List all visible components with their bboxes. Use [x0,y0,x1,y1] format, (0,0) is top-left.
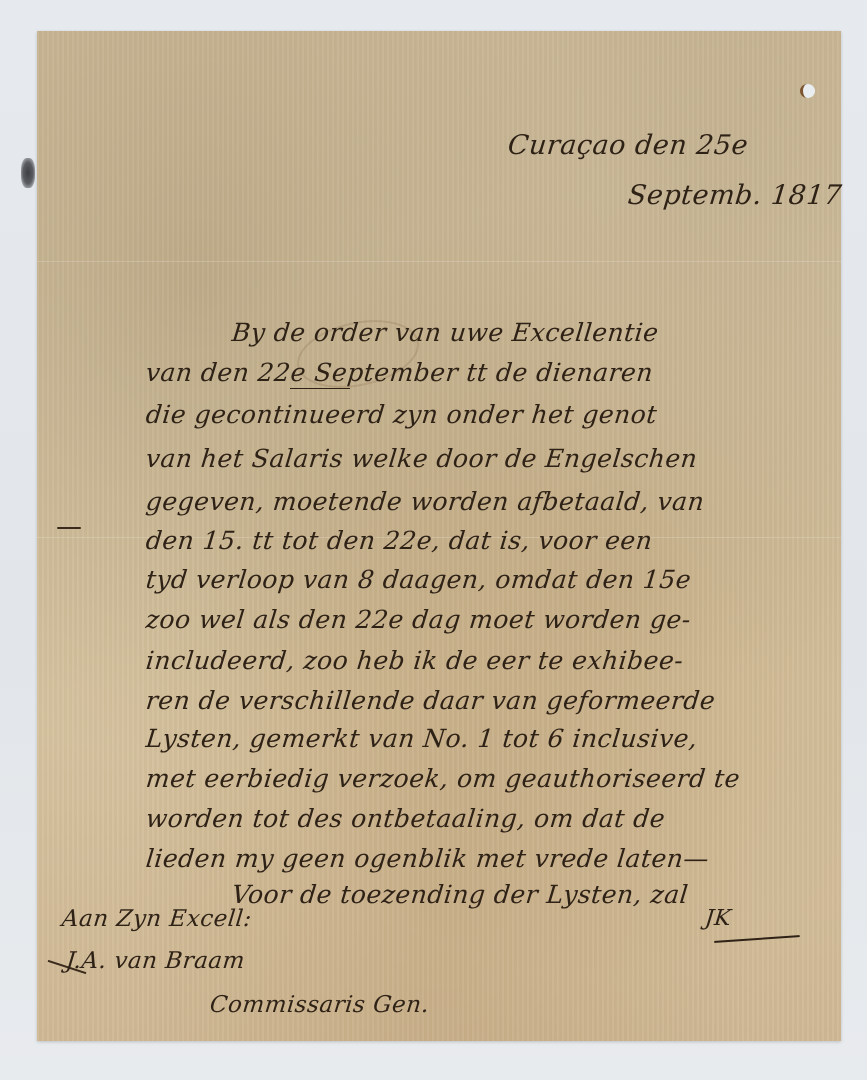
address-line-3: Commissaris Gen. [209,992,431,1018]
date-underline [290,388,350,389]
address-line-2: J.A. van Braam [65,948,247,974]
body-line: Lysten, gemerkt van No. 1 tot 6 inclusiv… [144,724,699,753]
margin-mark [57,527,81,529]
body-line: Voor de toezending der Lysten, zal [230,880,689,909]
body-line: lieden my geen ogenblik met vrede laten— [144,844,710,873]
place-date-line-1: Curaçao den 25e [506,130,749,161]
address-line-1: Aan Zyn Excell: [61,906,253,932]
body-line: worden tot des ontbetaaling, om dat de [144,804,666,833]
body-line: van den 22e September tt de dienaren [144,358,654,387]
body-line: ren de verschillende daar van geformeerd… [144,686,716,715]
signature: JK [704,906,733,931]
body-line: By de order van uwe Excellentie [230,318,660,347]
fold-line [37,261,841,262]
body-line: die gecontinueerd zyn onder het genot [144,400,658,429]
body-line: den 15. tt tot den 22e, dat is, voor een [144,526,654,555]
ink-smudge [21,158,35,188]
body-line: van het Salaris welke door de Engelschen [144,444,698,473]
paper-hole [800,84,815,98]
place-date-line-2: Septemb. 1817 [626,180,843,211]
body-line: gegeven, moetende worden afbetaald, van [144,487,705,516]
body-line: met eerbiedig verzoek, om geauthoriseerd… [144,764,741,793]
body-line: zoo wel als den 22e dag moet worden ge- [144,605,692,634]
body-line: includeerd, zoo heb ik de eer te exhibee… [144,646,684,675]
body-line: tyd verloop van 8 daagen, omdat den 15e [144,565,692,594]
